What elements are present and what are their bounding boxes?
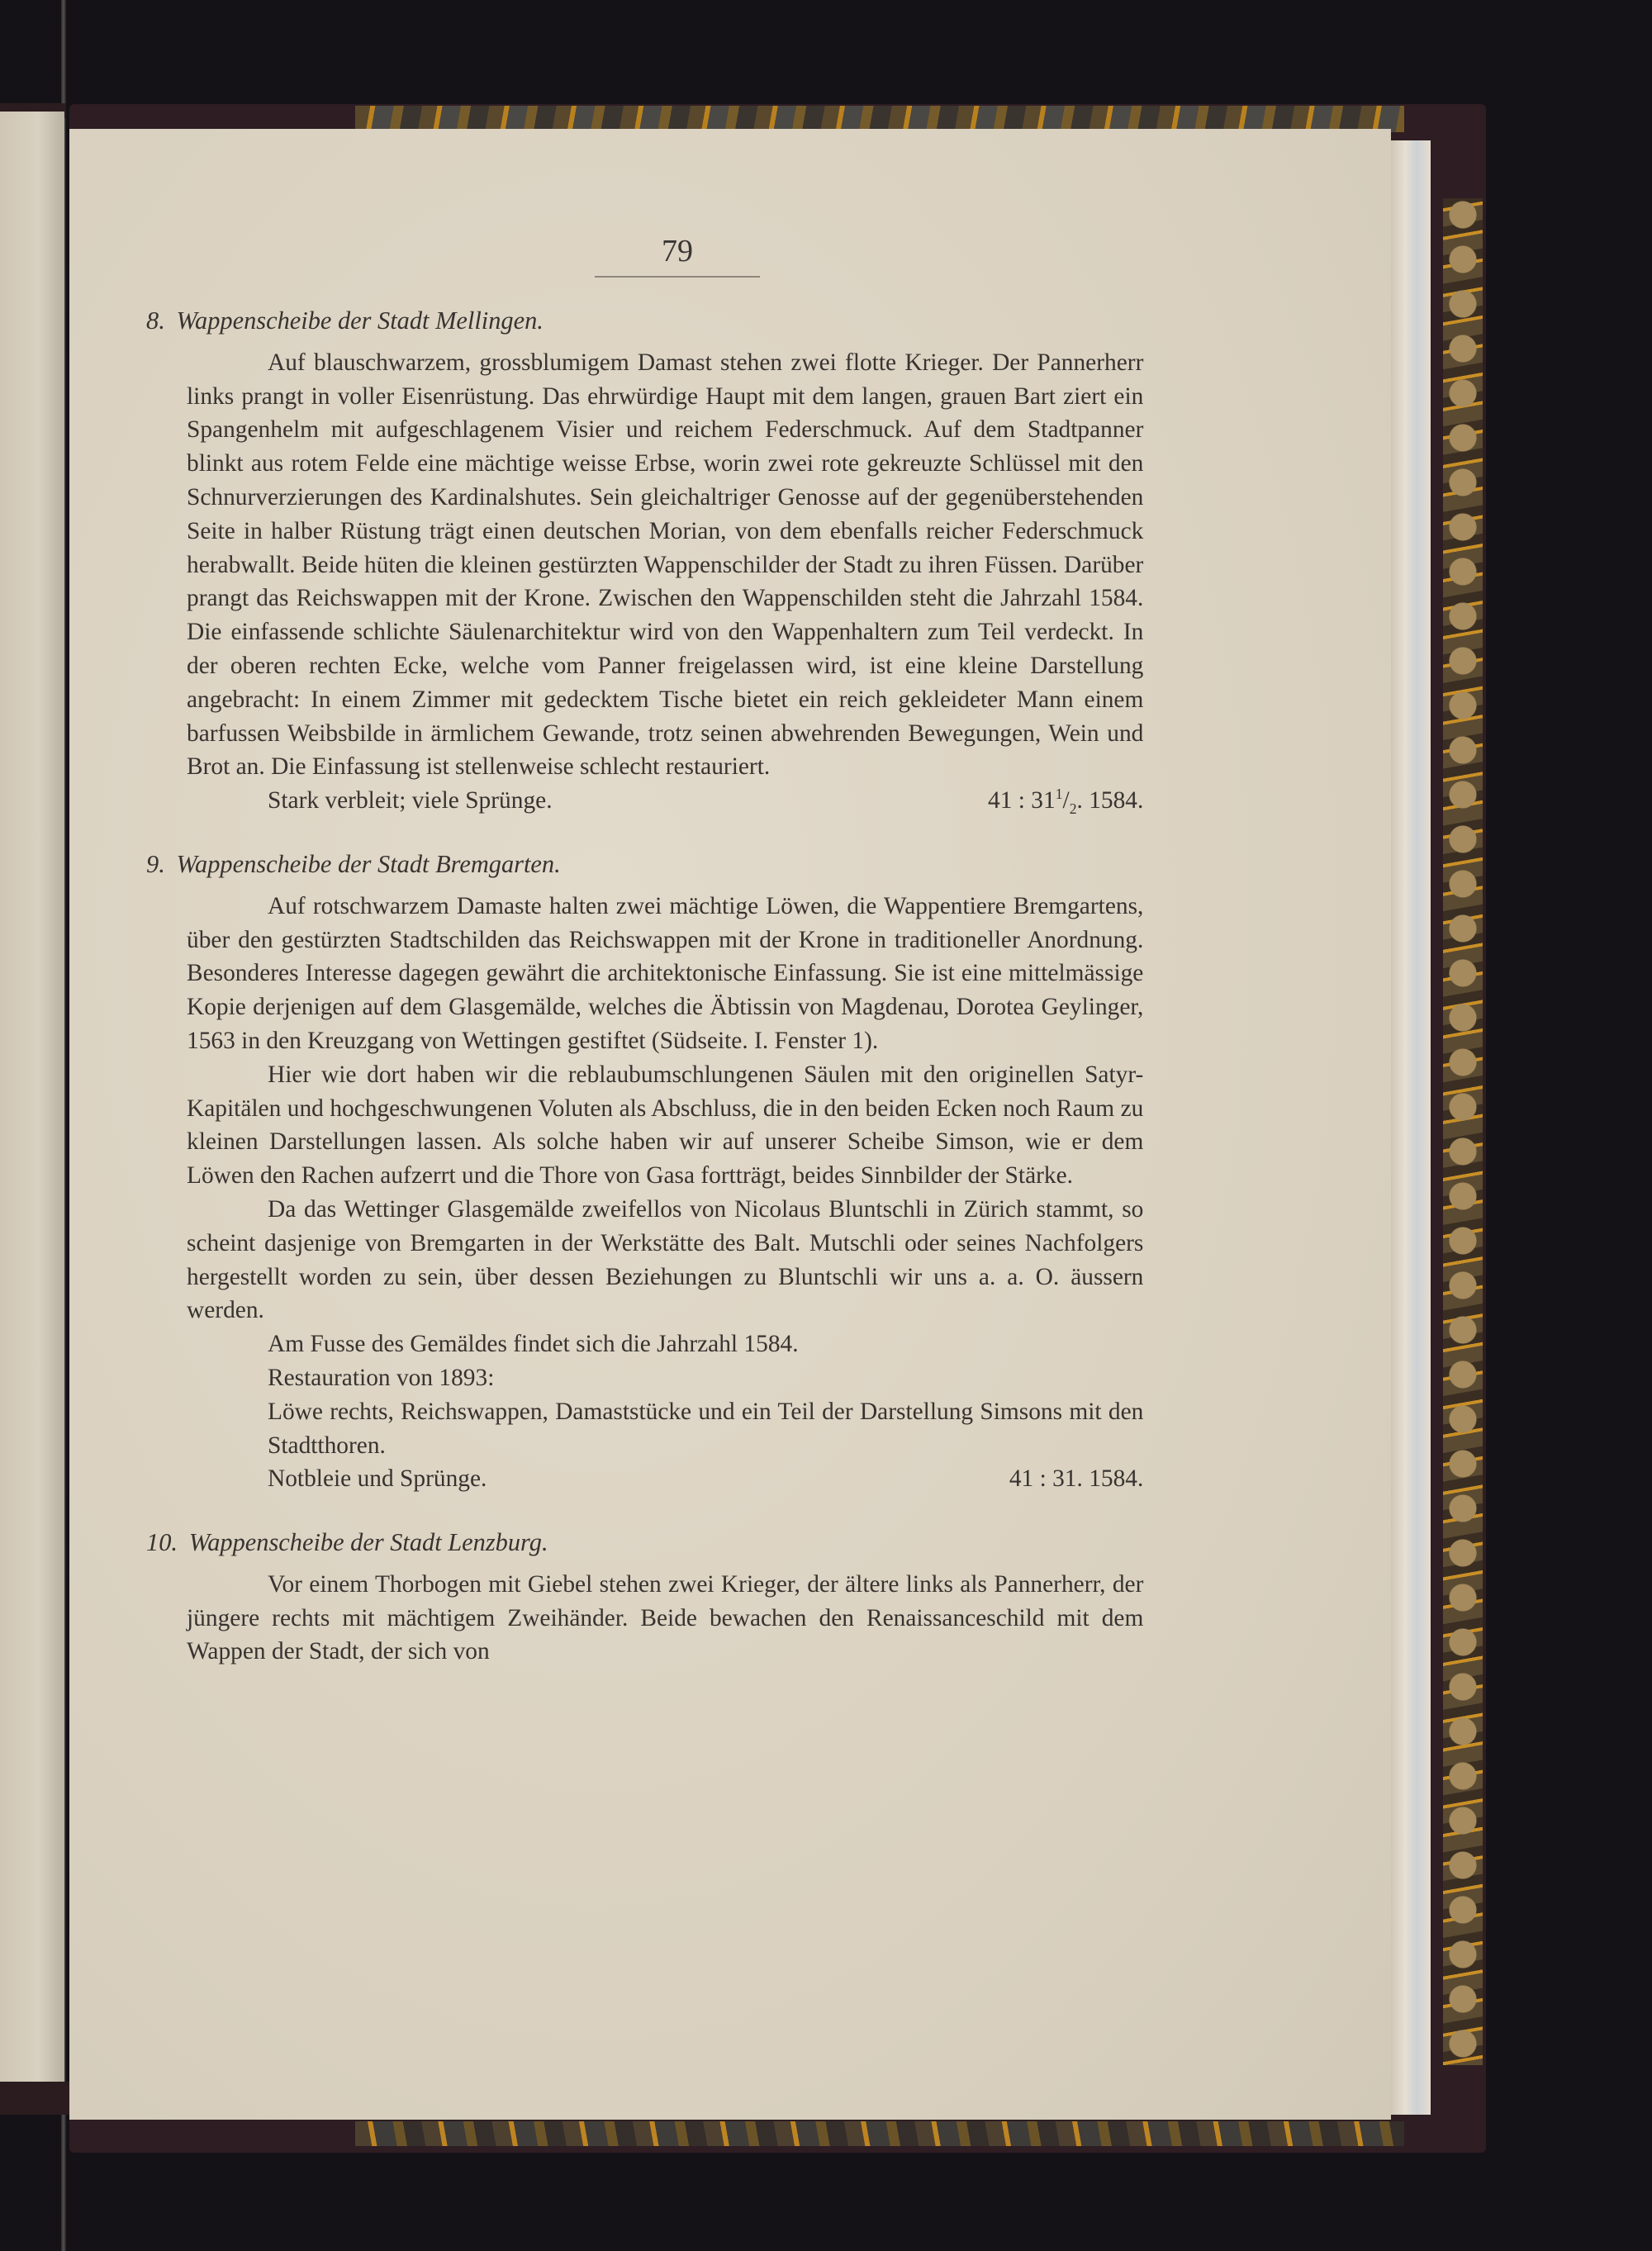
condition-note: Stark verbleit; viele Sprünge. <box>268 784 553 818</box>
entry-number: 8. <box>146 306 165 335</box>
entry-paragraph: Da das Wettinger Glasgemälde zweifellos … <box>187 1193 1143 1327</box>
page-number: 79 <box>636 233 719 269</box>
fraction-numerator: 1 <box>1056 786 1063 802</box>
entry-number: 9. <box>146 849 165 878</box>
left-page-edge <box>0 112 64 2094</box>
dimensions-date: 41 : 31. 1584. <box>1009 1462 1144 1496</box>
condition-row: Stark verbleit; viele Sprünge. 41 : 311/… <box>268 784 1143 818</box>
entry-paragraph: Vor einem Thorbogen mit Giebel stehen zw… <box>187 1568 1143 1669</box>
page-block-edges <box>1391 140 1431 2115</box>
entry-title: Wappenscheibe der Stadt Bremgarten. <box>177 849 561 878</box>
dimensions-main: 41 : 31 <box>988 786 1056 814</box>
dimensions-date: 41 : 311/2. 1584. <box>988 784 1143 818</box>
entry-10: 10.Wappenscheibe der Stadt Lenzburg. Vor… <box>187 1526 1143 1669</box>
entry-9: 9.Wappenscheibe der Stadt Bremgarten. Au… <box>187 848 1143 1496</box>
marbled-edge-bottom <box>355 2121 1404 2146</box>
condition-row: Notbleie und Sprünge. 41 : 31. 1584. <box>268 1462 1143 1496</box>
restoration-heading: Restauration von 1893: <box>268 1361 1143 1395</box>
entry-paragraph: Hier wie dort haben wir die reblaubumsch… <box>187 1058 1143 1193</box>
header-rule <box>595 276 760 278</box>
entry-heading: 8.Wappenscheibe der Stadt Mellingen. <box>146 304 1143 338</box>
entry-title: Wappenscheibe der Stadt Lenzburg. <box>189 1527 548 1556</box>
entry-paragraph: Auf blauschwarzem, grossblumigem Damast … <box>187 346 1143 784</box>
entry-heading: 10.Wappenscheibe der Stadt Lenzburg. <box>146 1526 1143 1560</box>
entry-title: Wappenscheibe der Stadt Mellingen. <box>177 306 544 335</box>
entry-paragraph: Auf rotschwarzem Damaste halten zwei mäc… <box>187 890 1143 1058</box>
restoration-detail: Löwe rechts, Reichswappen, Damaststücke … <box>268 1395 1143 1463</box>
entry-8: 8.Wappenscheibe der Stadt Mellingen. Auf… <box>187 304 1143 818</box>
dimensions-year: . 1584. <box>1077 786 1144 814</box>
fraction-denominator: 2 <box>1070 800 1077 817</box>
condition-note: Notbleie und Sprünge. <box>268 1462 487 1496</box>
marbled-cover-right <box>1443 198 1483 2065</box>
page-body: 8.Wappenscheibe der Stadt Mellingen. Auf… <box>187 304 1143 1698</box>
entry-heading: 9.Wappenscheibe der Stadt Bremgarten. <box>146 848 1143 881</box>
inscription-note: Am Fusse des Gemäldes findet sich die Ja… <box>268 1327 1143 1361</box>
entry-number: 10. <box>146 1527 178 1556</box>
